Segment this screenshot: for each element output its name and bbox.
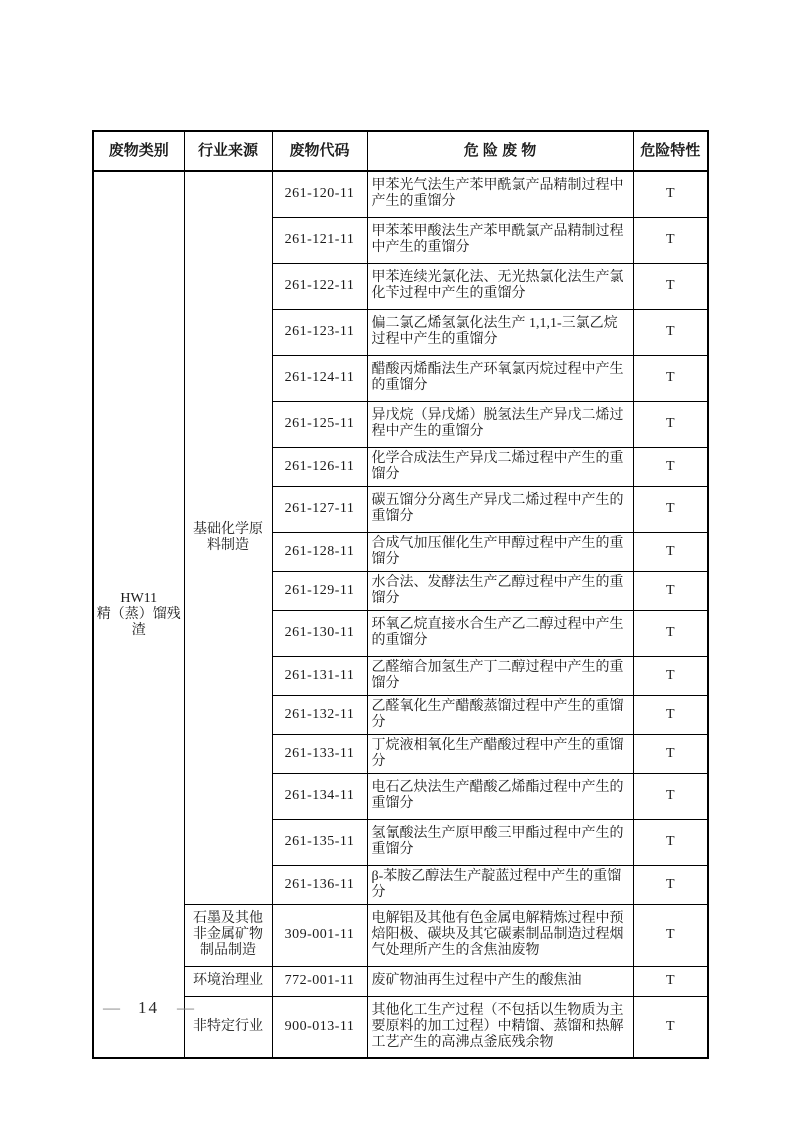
waste-code-cell: 309-001-11 [272,904,367,966]
hazardous-waste-cell: 电石乙炔法生产醋酸乙烯酯过程中产生的重馏分 [367,773,633,819]
hazard-trait-cell: T [633,610,708,656]
hazard-trait-cell: T [633,773,708,819]
footer-dash-right: — [177,998,194,1018]
waste-code-cell: 261-123-11 [272,309,367,355]
waste-code-cell: 261-135-11 [272,819,367,865]
hazard-trait-cell: T [633,309,708,355]
waste-code-cell: 261-132-11 [272,695,367,734]
document-page: 废物类别 行业来源 废物代码 危 险 废 物 危险特性 HW11 精（蒸）馏残 … [0,0,794,1123]
industry-source-line: 料制造 [187,538,270,554]
hazard-trait-cell: T [633,355,708,401]
industry-source-cell: 基础化学原 料制造 [184,171,272,904]
industry-source-line: 非金属矿物 [187,927,270,943]
hazard-trait-cell: T [633,532,708,571]
hazard-trait-cell: T [633,656,708,695]
waste-code-cell: 261-125-11 [272,401,367,447]
table-row: 石墨及其他 非金属矿物 制品制造 309-001-11 电解铝及其他有色金属电解… [93,904,708,966]
col-header-waste-category: 废物类别 [93,131,184,171]
waste-code-cell: 772-001-11 [272,966,367,996]
hazard-trait-cell: T [633,996,708,1058]
table-row: 环境治理业 772-001-11 废矿物油再生过程中产生的酸焦油 T [93,966,708,996]
waste-code-cell: 261-133-11 [272,734,367,773]
hazardous-waste-cell: 氢氰酸法生产原甲酸三甲酯过程中产生的重馏分 [367,819,633,865]
hazardous-waste-cell: 其他化工生产过程（不包括以生物质为主要原料的加工过程）中精馏、蒸馏和热解工艺产生… [367,996,633,1058]
waste-code-cell: 261-131-11 [272,656,367,695]
hazard-trait-cell: T [633,401,708,447]
hazard-trait-cell: T [633,263,708,309]
waste-category-line: HW11 [96,591,182,607]
hazard-trait-cell: T [633,447,708,486]
hazard-trait-cell: T [633,571,708,610]
hazardous-waste-cell: 合成气加压催化生产甲醇过程中产生的重馏分 [367,532,633,571]
waste-code-cell: 261-130-11 [272,610,367,656]
col-header-waste-code: 废物代码 [272,131,367,171]
waste-code-cell: 261-120-11 [272,171,367,217]
waste-code-cell: 261-121-11 [272,217,367,263]
waste-code-cell: 261-128-11 [272,532,367,571]
waste-code-cell: 261-124-11 [272,355,367,401]
industry-source-line: 石墨及其他 [187,911,270,927]
hazard-trait-cell: T [633,904,708,966]
col-header-hazard-trait: 危险特性 [633,131,708,171]
col-header-industry-source: 行业来源 [184,131,272,171]
hazardous-waste-cell: 乙醛氧化生产醋酸蒸馏过程中产生的重馏分 [367,695,633,734]
hazard-trait-cell: T [633,695,708,734]
industry-source-cell: 石墨及其他 非金属矿物 制品制造 [184,904,272,966]
hazardous-waste-cell: 碳五馏分分离生产异戊二烯过程中产生的重馏分 [367,486,633,532]
industry-source-cell: 环境治理业 [184,966,272,996]
industry-source-cell: 非特定行业 [184,996,272,1058]
hazard-trait-cell: T [633,217,708,263]
hazardous-waste-cell: 乙醛缩合加氢生产丁二醇过程中产生的重馏分 [367,656,633,695]
hazardous-waste-cell: 醋酸丙烯酯法生产环氧氯丙烷过程中产生的重馏分 [367,355,633,401]
waste-code-cell: 261-129-11 [272,571,367,610]
table-row: HW11 精（蒸）馏残 渣 基础化学原 料制造 261-120-11 甲苯光气法… [93,171,708,217]
hazardous-waste-cell: 丁烷液相氧化生产醋酸过程中产生的重馏分 [367,734,633,773]
hazardous-waste-cell: 偏二氯乙烯氢氯化法生产 1,1,1-三氯乙烷过程中产生的重馏分 [367,309,633,355]
waste-category-line: 渣 [96,623,182,639]
hazard-trait-cell: T [633,966,708,996]
page-number: 14 [138,998,159,1018]
waste-code-cell: 261-126-11 [272,447,367,486]
waste-code-cell: 261-127-11 [272,486,367,532]
waste-code-cell: 900-013-11 [272,996,367,1058]
hazardous-waste-cell: 环氧乙烷直接水合生产乙二醇过程中产生的重馏分 [367,610,633,656]
hazard-trait-cell: T [633,486,708,532]
hazardous-waste-cell: 异戊烷（异戊烯）脱氢法生产异戊二烯过程中产生的重馏分 [367,401,633,447]
hazardous-waste-table: 废物类别 行业来源 废物代码 危 险 废 物 危险特性 HW11 精（蒸）馏残 … [92,130,709,1059]
hazardous-waste-cell: 甲苯光气法生产苯甲酰氯产品精制过程中产生的重馏分 [367,171,633,217]
table-header-row: 废物类别 行业来源 废物代码 危 险 废 物 危险特性 [93,131,708,171]
hazard-trait-cell: T [633,819,708,865]
hazard-trait-cell: T [633,734,708,773]
page-footer: — 14 — [103,998,194,1018]
hazard-trait-cell: T [633,865,708,904]
industry-source-line: 基础化学原 [187,522,270,538]
waste-category-cell: HW11 精（蒸）馏残 渣 [93,171,184,1058]
hazardous-waste-cell: 电解铝及其他有色金属电解精炼过程中预焙阳极、碳块及其它碳素制品制造过程烟气处理所… [367,904,633,966]
waste-code-cell: 261-122-11 [272,263,367,309]
hazardous-waste-cell: 化学合成法生产异戊二烯过程中产生的重馏分 [367,447,633,486]
hazardous-waste-cell: 水合法、发酵法生产乙醇过程中产生的重馏分 [367,571,633,610]
industry-source-line: 制品制造 [187,943,270,959]
hazardous-waste-cell: 甲苯苯甲酸法生产苯甲酰氯产品精制过程中产生的重馏分 [367,217,633,263]
hazardous-waste-cell: 甲苯连续光氯化法、无光热氯化法生产氯化苄过程中产生的重馏分 [367,263,633,309]
hazardous-waste-cell: 废矿物油再生过程中产生的酸焦油 [367,966,633,996]
col-header-hazardous-waste: 危 险 废 物 [367,131,633,171]
hazardous-waste-cell: β-苯胺乙醇法生产靛蓝过程中产生的重馏分 [367,865,633,904]
waste-category-line: 精（蒸）馏残 [96,607,182,623]
footer-dash-left: — [103,998,120,1018]
waste-code-cell: 261-136-11 [272,865,367,904]
waste-code-cell: 261-134-11 [272,773,367,819]
hazard-trait-cell: T [633,171,708,217]
